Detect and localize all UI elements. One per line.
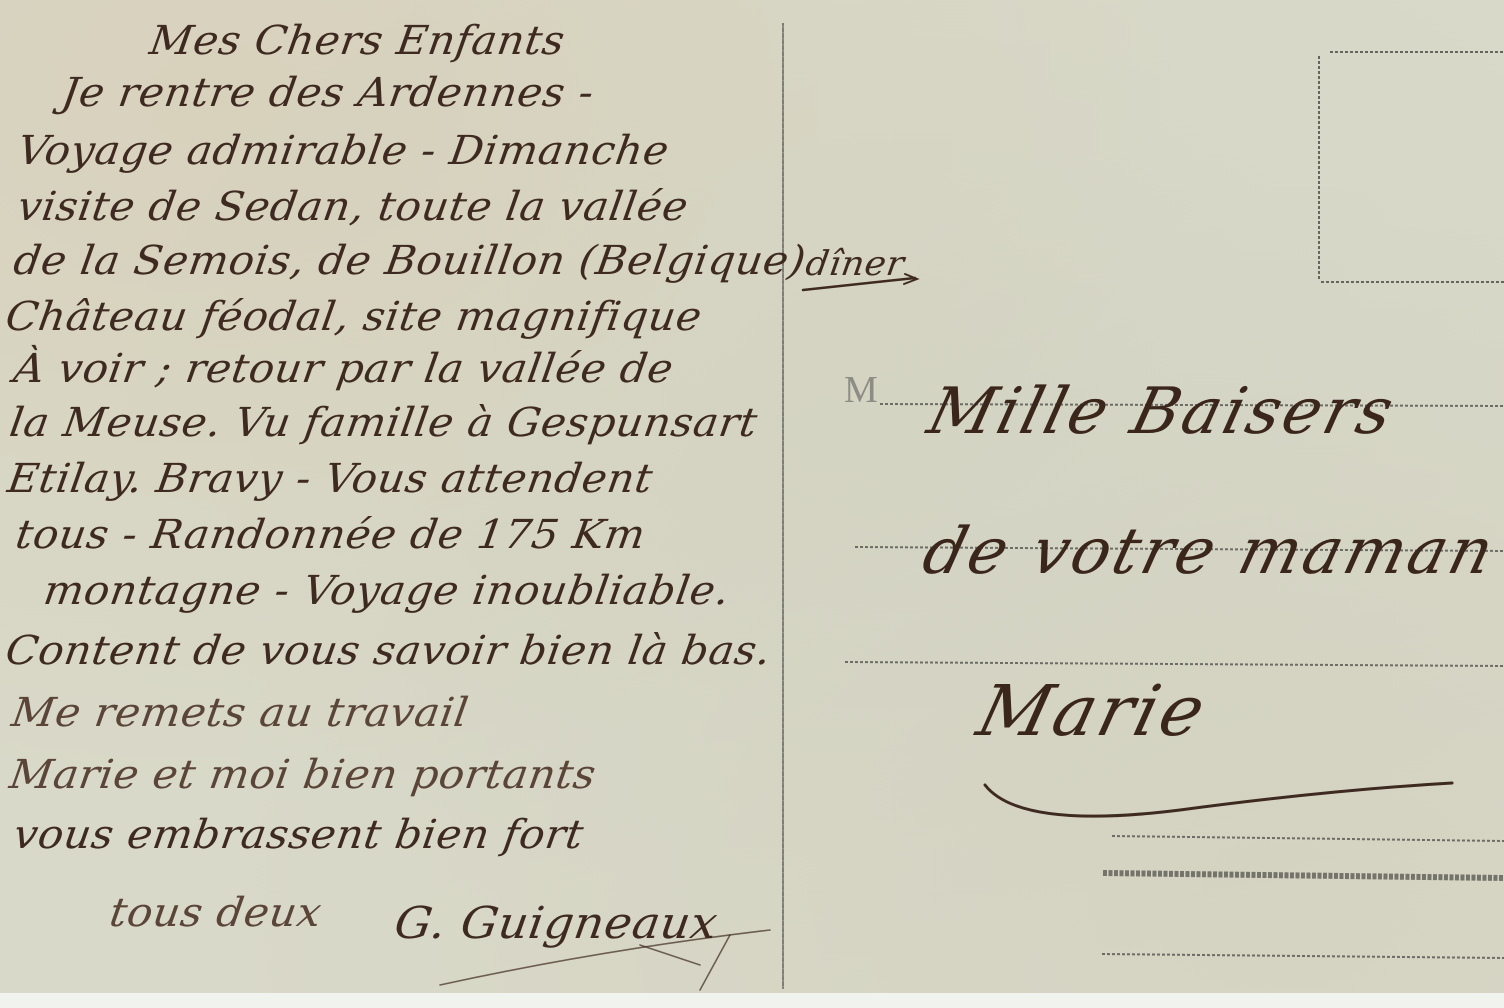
- printed-m-mark: M: [844, 368, 877, 412]
- message-line: Marie et moi bien portants: [7, 752, 599, 798]
- message-line: Château féodal, site magnifique: [3, 294, 705, 340]
- message-line: la Meuse. Vu famille à Gespunsart: [7, 400, 761, 446]
- signature: G. Guigneaux: [391, 898, 721, 949]
- message-line: visite de Sedan, toute la vallée: [15, 184, 692, 230]
- message-line: de la Semois, de Bouillon (Belgique): [11, 238, 809, 284]
- scan-margin: [0, 993, 1504, 1008]
- postcard-back: Mes Chers Enfants Je rentre des Ardennes…: [0, 0, 1504, 993]
- message-line: Etilay. Bravy - Vous attendent: [5, 456, 656, 502]
- stamp-box: [1319, 52, 1504, 282]
- message-line: tous - Randonnée de 175 Km: [13, 512, 649, 558]
- message-line: Content de vous savoir bien là bas.: [3, 628, 774, 674]
- address-line-3: Marie: [970, 670, 1216, 752]
- message-line: tous deux: [107, 890, 325, 936]
- message-line: Me remets au travail: [9, 690, 472, 736]
- message-line: À voir ; retour par la vallée de: [11, 346, 677, 392]
- message-line: Je rentre des Ardennes -: [59, 70, 597, 116]
- message-line: vous embrassent bien fort: [11, 812, 587, 858]
- center-divider: [782, 23, 784, 989]
- message-greeting: Mes Chers Enfants: [147, 18, 568, 64]
- address-line-thick: [1103, 873, 1504, 878]
- margin-note: dîner: [803, 244, 907, 284]
- address-line-1: Mille Baisers: [921, 375, 1403, 449]
- address-line-2: de votre maman: [916, 515, 1504, 589]
- message-line: Voyage admirable - Dimanche: [15, 128, 672, 174]
- message-line: montagne - Voyage inoubliable.: [41, 568, 733, 614]
